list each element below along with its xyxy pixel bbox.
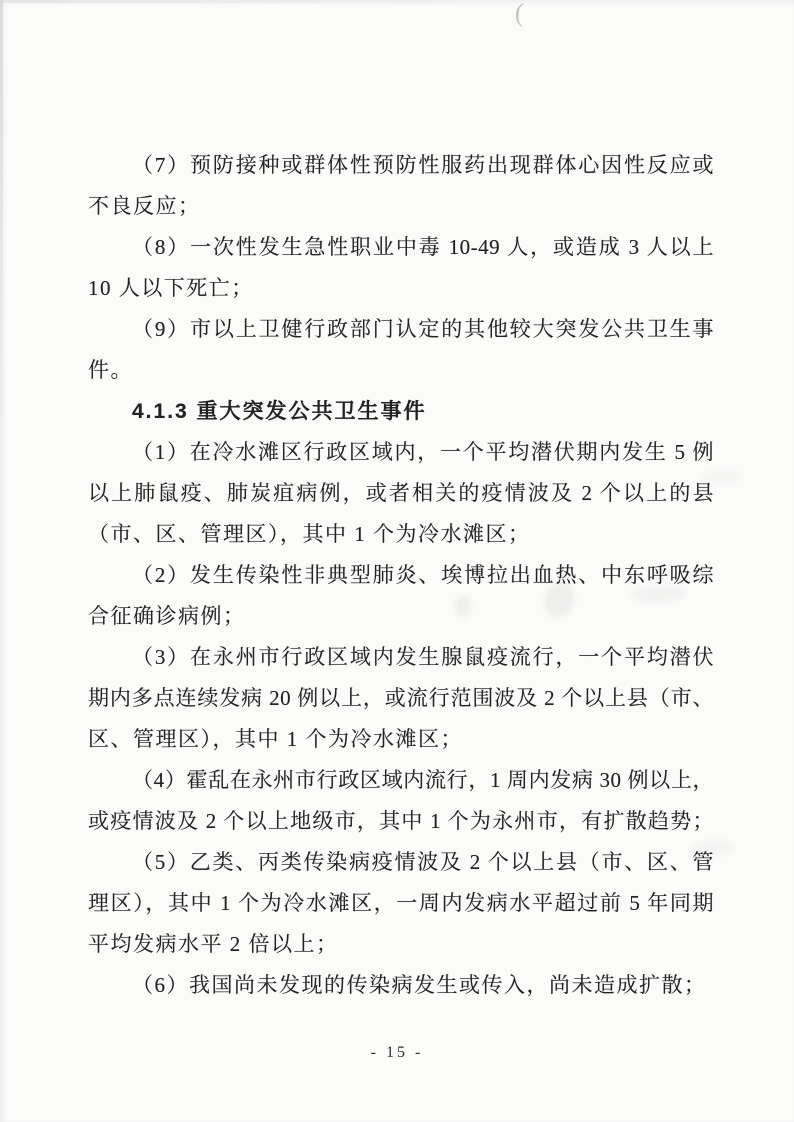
text-line: 以上肺鼠疫、肺炭疽病例，或者相关的疫情波及 2 个以上的县 <box>88 473 714 514</box>
document-page: ( （7）预防接种或群体性预防性服药出现群体心因性反应或不良反应；（8）一次性发… <box>0 0 794 1122</box>
page-number: - 15 - <box>0 1044 794 1062</box>
text-line: （1）在冷水滩区行政区域内，一个平均潜伏期内发生 5 例 <box>88 432 714 473</box>
text-line: 或疫情波及 2 个以上地级市，其中 1 个为永州市，有扩散趋势； <box>88 801 714 842</box>
scan-artifact-paren-mark: ( <box>514 0 525 28</box>
text-line: 件。 <box>88 350 714 391</box>
text-line: 期内多点连续发病 20 例以上，或流行范围波及 2 个以上县（市、 <box>88 678 714 719</box>
text-line: 不良反应； <box>88 186 714 227</box>
text-line: 区、管理区），其中 1 个为冷水滩区； <box>88 719 714 760</box>
text-line: （3）在永州市行政区域内发生腺鼠疫流行，一个平均潜伏 <box>88 637 714 678</box>
text-line: （8）一次性发生急性职业中毒 10-49 人，或造成 3 人以上 <box>88 227 714 268</box>
text-line: （2）发生传染性非典型肺炎、埃博拉出血热、中东呼吸综 <box>88 555 714 596</box>
text-line: 合征确诊病例； <box>88 596 714 637</box>
text-line: （市、区、管理区），其中 1 个为冷水滩区； <box>88 514 714 555</box>
text-line: 4.1.3 重大突发公共卫生事件 <box>88 391 714 432</box>
text-line: 平均发病水平 2 倍以上； <box>88 924 714 965</box>
document-body: （7）预防接种或群体性预防性服药出现群体心因性反应或不良反应；（8）一次性发生急… <box>88 145 714 1006</box>
scan-edge-top <box>0 0 794 3</box>
text-line: 理区），其中 1 个为冷水滩区，一周内发病水平超过前 5 年同期 <box>88 883 714 924</box>
text-line: （4）霍乱在永州市行政区域内流行，1 周内发病 30 例以上， <box>88 760 714 801</box>
text-line: 10 人以下死亡； <box>88 268 714 309</box>
text-line: （7）预防接种或群体性预防性服药出现群体心因性反应或 <box>88 145 714 186</box>
scan-edge-left <box>0 0 3 520</box>
text-line: （9）市以上卫健行政部门认定的其他较大突发公共卫生事 <box>88 309 714 350</box>
text-line: （5）乙类、丙类传染病疫情波及 2 个以上县（市、区、管 <box>88 842 714 883</box>
text-line: （6）我国尚未发现的传染病发生或传入，尚未造成扩散； <box>88 965 714 1006</box>
